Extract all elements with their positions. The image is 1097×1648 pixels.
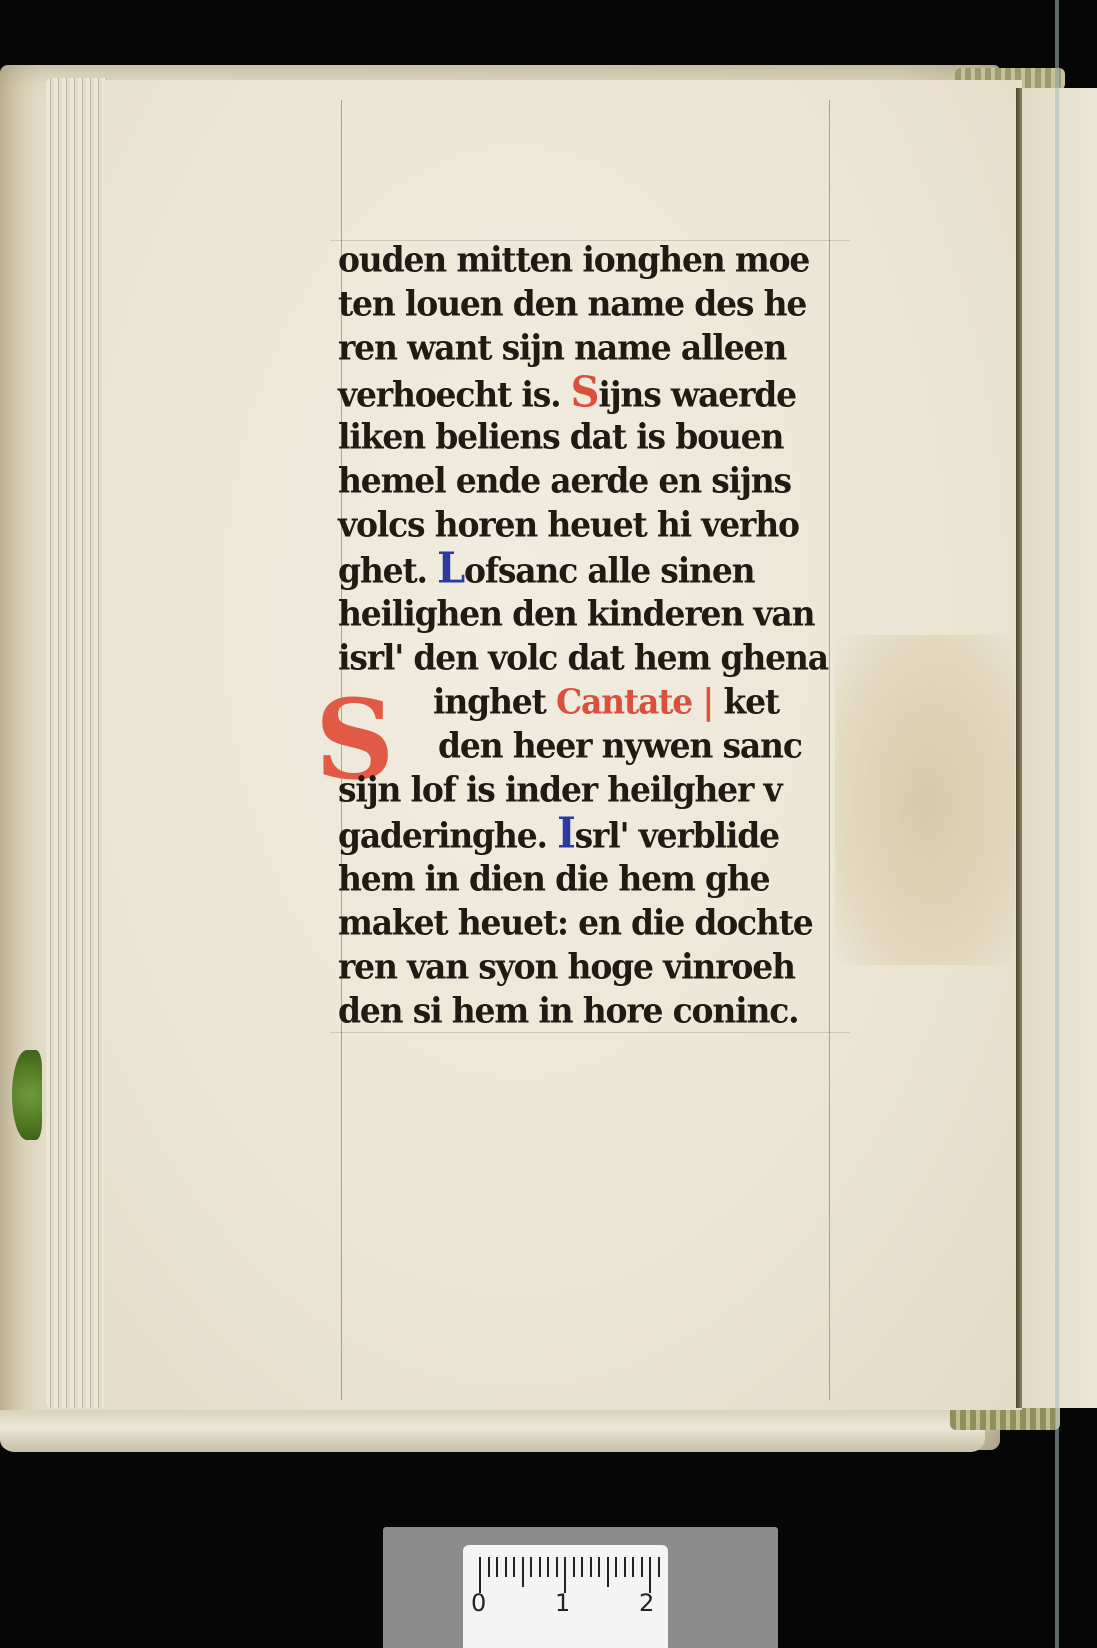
water-stain: [835, 635, 1015, 965]
scale-tick: [505, 1557, 507, 1577]
text-line: maket heuet: en die dochte: [338, 900, 858, 946]
text-line: isrl' den volc dat hem ghena: [338, 635, 858, 681]
text-line: inghet Cantate | ket: [338, 679, 858, 725]
text-fragment: ofsanc alle sinen: [464, 550, 754, 591]
text-fragment: gaderinghe.: [338, 816, 557, 857]
text-line: verhoecht is. Sijns waerde: [338, 369, 858, 415]
page-stack-edges: [46, 78, 108, 1408]
text-line: sijn lof is inder heilgher v: [338, 767, 858, 813]
facing-page-edge: [1022, 88, 1097, 1408]
scale-tick: [598, 1557, 600, 1577]
scale-tick: [539, 1557, 541, 1577]
scale-tick: [547, 1557, 549, 1577]
scale-tick: [649, 1557, 651, 1593]
scale-tick: [607, 1557, 609, 1587]
scale-tick: [522, 1557, 524, 1587]
text-line: liken beliens dat is bouen: [338, 414, 858, 460]
text-fragment: inghet: [433, 681, 556, 722]
scale-tick: [658, 1557, 660, 1577]
blue-initial: L: [437, 544, 464, 593]
text-line: ghet. Lofsanc alle sinen: [338, 546, 858, 592]
text-fragment: verhoecht is.: [338, 374, 571, 415]
text-line: den si hem in hore coninc.: [338, 988, 858, 1034]
text-line: volcs horen heuet hi verho: [338, 502, 858, 548]
text-fragment: srl' verblide: [575, 816, 779, 857]
scale-label-0: 0: [471, 1589, 486, 1617]
scale-tick: [624, 1557, 626, 1577]
text-fragment: ket: [723, 681, 779, 722]
glass-plate-edge: [1055, 0, 1059, 1648]
text-fragment: ijns waerde: [598, 374, 796, 415]
scale-tick: [556, 1557, 558, 1577]
scale-tick: [615, 1557, 617, 1577]
text-line: ren van syon hoge vinroeh: [338, 944, 858, 990]
scale-tick: [632, 1557, 634, 1577]
text-block: ouden mitten ionghen moe ten louen den n…: [338, 238, 858, 1033]
scale-tick: [513, 1557, 515, 1577]
text-line: hemel ende aerde en sijns: [338, 458, 858, 504]
scale-tick: [641, 1557, 643, 1577]
blue-initial: I: [557, 809, 575, 858]
red-initial: S: [571, 367, 599, 416]
scale-label-2: 2: [639, 1589, 654, 1617]
text-line: ten louen den name des he: [338, 281, 858, 327]
green-tab-marker: [12, 1050, 42, 1140]
scale-tick: [581, 1557, 583, 1577]
binding-bottom-edge: [0, 1410, 985, 1452]
scale-label-1: 1: [555, 1589, 570, 1617]
text-line: hem in dien die hem ghe: [338, 856, 858, 902]
text-line: ren want sijn name alleen: [338, 325, 858, 371]
scale-tick: [590, 1557, 592, 1577]
scale-tick: [496, 1557, 498, 1577]
rubric-divider: |: [692, 681, 723, 722]
scale-tick: [573, 1557, 575, 1577]
scale-ruler: 0 1 2: [463, 1545, 668, 1648]
rubric-cantate: Cantate: [556, 681, 692, 722]
scale-tick: [488, 1557, 490, 1577]
text-line: gaderinghe. Isrl' verblide: [338, 811, 858, 857]
text-line: ouden mitten ionghen moe: [338, 237, 858, 283]
scale-tick: [479, 1557, 481, 1593]
scale-tick: [530, 1557, 532, 1577]
text-line: den heer nywen sanc: [338, 723, 858, 769]
text-fragment: ghet.: [338, 550, 437, 591]
text-line: heilighen den kinderen van: [338, 590, 858, 636]
scale-tick: [564, 1557, 566, 1593]
